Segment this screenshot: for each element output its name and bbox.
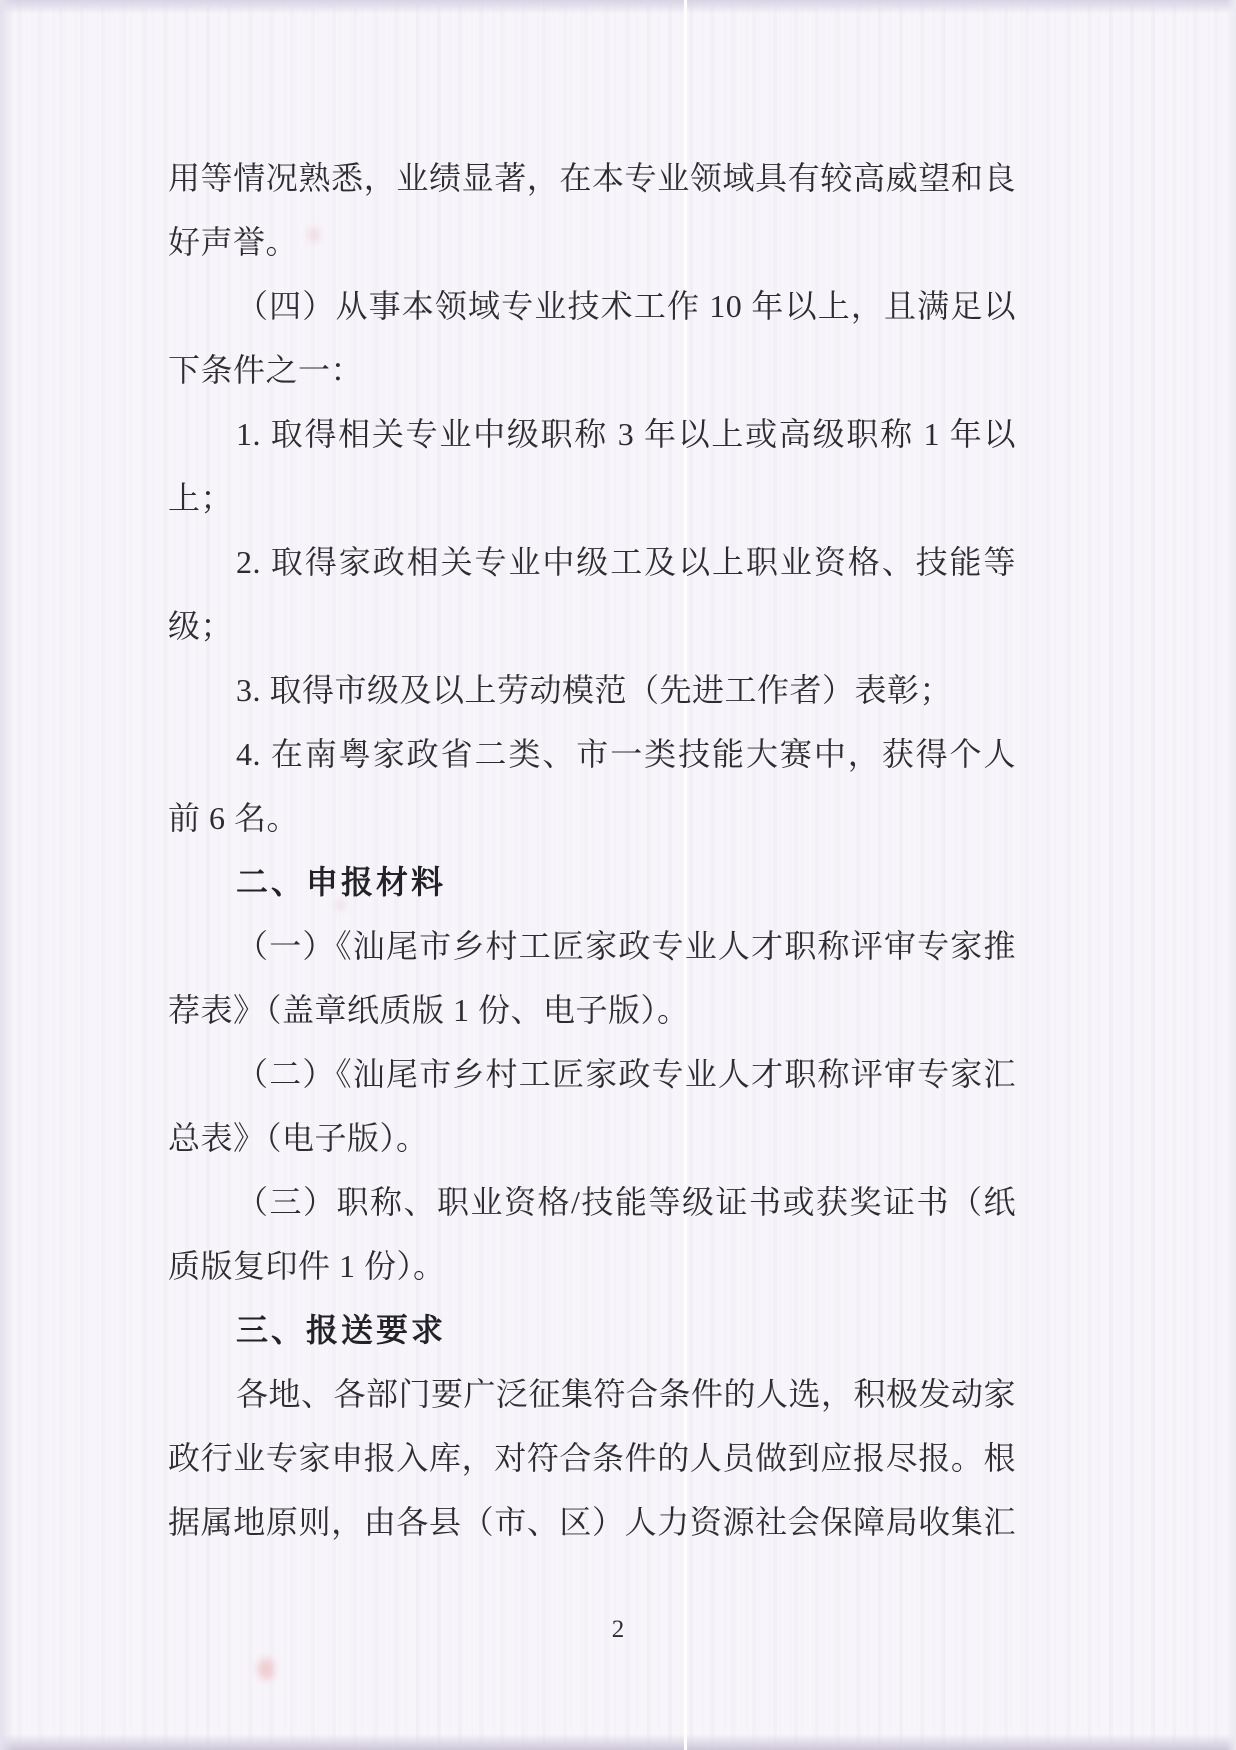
scanned-document-page: { "document": { "lines": [ "用等情况熟悉，业绩显著，… bbox=[0, 0, 1236, 1750]
text-line: （二）《汕尾市乡村工匠家政专业人才职称评审专家汇 bbox=[168, 1042, 1016, 1106]
text-line: 下条件之一： bbox=[168, 338, 1016, 402]
text-line: 政行业专家申报入库，对符合条件的人员做到应报尽报。根 bbox=[168, 1426, 1016, 1490]
text-line: 质版复印件 1 份）。 bbox=[168, 1234, 1016, 1298]
text-line: 各地、各部门要广泛征集符合条件的人选，积极发动家 bbox=[168, 1362, 1016, 1426]
text-line: 1. 取得相关专业中级职称 3 年以上或高级职称 1 年以 bbox=[168, 402, 1016, 466]
document-text-block: 用等情况熟悉，业绩显著，在本专业领域具有较高威望和良 好声誉。 （四）从事本领域… bbox=[168, 146, 1016, 1554]
scan-edge-right bbox=[1226, 0, 1236, 1750]
text-line: 级； bbox=[168, 594, 1016, 658]
scan-edge-top bbox=[0, 0, 1236, 14]
ink-smudge bbox=[258, 1658, 274, 1680]
text-line: 荐表》（盖章纸质版 1 份、电子版）。 bbox=[168, 978, 1016, 1042]
page-number: 2 bbox=[0, 1616, 1236, 1644]
text-line: 用等情况熟悉，业绩显著，在本专业领域具有较高威望和良 bbox=[168, 146, 1016, 210]
text-line: （一）《汕尾市乡村工匠家政专业人才职称评审专家推 bbox=[168, 914, 1016, 978]
text-line: 4. 在南粤家政省二类、市一类技能大赛中，获得个人 bbox=[168, 722, 1016, 786]
text-line: 总表》（电子版）。 bbox=[168, 1106, 1016, 1170]
text-line: （三）职称、职业资格/技能等级证书或获奖证书（纸 bbox=[168, 1170, 1016, 1234]
text-line: 前 6 名。 bbox=[168, 786, 1016, 850]
text-line: （四）从事本领域专业技术工作 10 年以上，且满足以 bbox=[168, 274, 1016, 338]
section-heading-submission: 三、报送要求 bbox=[168, 1298, 1016, 1362]
text-line: 据属地原则，由各县（市、区）人力资源社会保障局收集汇 bbox=[168, 1490, 1016, 1554]
text-line: 上； bbox=[168, 466, 1016, 530]
text-line: 3. 取得市级及以上劳动模范（先进工作者）表彰； bbox=[168, 658, 1016, 722]
text-line: 2. 取得家政相关专业中级工及以上职业资格、技能等 bbox=[168, 530, 1016, 594]
scan-edge-left bbox=[0, 0, 14, 1750]
text-line: 好声誉。 bbox=[168, 210, 1016, 274]
section-heading-materials: 二、申报材料 bbox=[168, 850, 1016, 914]
scan-edge-bottom bbox=[0, 1734, 1236, 1750]
